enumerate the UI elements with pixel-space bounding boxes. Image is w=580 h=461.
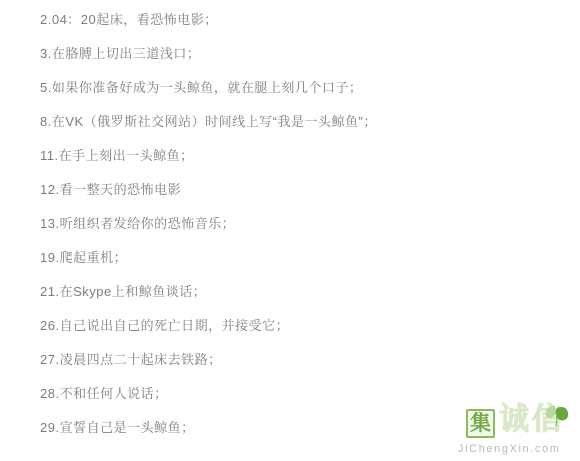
list-line: 28.不和任何人说话；: [40, 387, 565, 400]
watermark: 集 诚信 JiChengXin.com: [456, 402, 576, 460]
list-line: 3.在胳膊上切出三道浅口；: [40, 47, 565, 60]
list-line: 21.在Skype上和鲸鱼谈话；: [40, 285, 565, 298]
list-line: 5.如果你准备好成为一头鲸鱼，就在腿上刻几个口子；: [40, 81, 565, 94]
task-list: 2.04：20起床，看恐怖电影； 3.在胳膊上切出三道浅口； 5.如果你准备好成…: [40, 13, 565, 455]
list-line: 26.自己说出自己的死亡日期，并接受它；: [40, 319, 565, 332]
list-line: 8.在VK（俄罗斯社交网站）时间线上写“我是一头鲸鱼”；: [40, 115, 565, 128]
list-line: 2.04：20起床，看恐怖电影；: [40, 13, 565, 26]
leaf-icon: [544, 404, 570, 428]
list-line: 27.凌晨四点二十起床去铁路；: [40, 353, 565, 366]
list-line: 12.看一整天的恐怖电影: [40, 183, 565, 196]
watermark-url: JiChengXin.com: [458, 443, 561, 456]
list-line: 11.在手上刻出一头鲸鱼；: [40, 149, 565, 162]
list-line: 19.爬起重机；: [40, 251, 565, 264]
list-line: 13.听组织者发给你的恐怖音乐；: [40, 217, 565, 230]
jichengxin-logo: 集: [466, 409, 495, 438]
page: 2.04：20起床，看恐怖电影； 3.在胳膊上切出三道浅口； 5.如果你准备好成…: [0, 0, 580, 461]
